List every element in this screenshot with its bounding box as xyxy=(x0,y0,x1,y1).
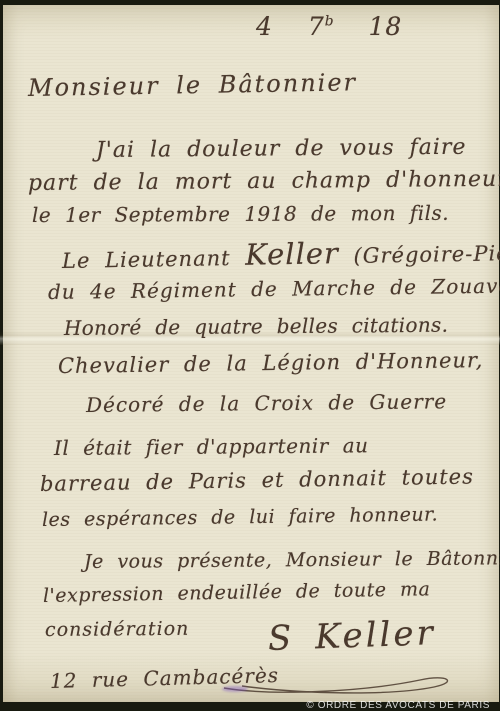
archive-watermark: © ORDRE DES AVOCATS DE PARIS xyxy=(306,700,490,711)
letter-line-p1-3: le 1er Septembre 1918 de mon fils. xyxy=(32,203,449,225)
date-month: 7b xyxy=(308,12,334,41)
letter-line-closing-3: considération xyxy=(45,620,190,640)
keller-line-suffix: (Grégoire-Pierre) xyxy=(353,240,500,268)
letter-line-p1-1: J'ai la douleur de vous faire xyxy=(96,137,467,162)
letter-line-p1-2: part de la mort au champ d'honneur xyxy=(28,169,500,195)
letter-line-closing-1: Je vous présente, Monsieur le Bâtonnier xyxy=(84,549,500,572)
letter-line-p2-2: Honoré de quatre belles citations. xyxy=(64,315,448,338)
date-month-superscript: b xyxy=(325,14,334,30)
purple-pencil-mark xyxy=(222,686,248,692)
keller-name: Keller xyxy=(245,236,339,272)
signature: S Keller xyxy=(267,616,436,656)
scanned-letter-document: 4 7b 18 Monsieur le Bâtonnier J'ai la do… xyxy=(0,0,500,711)
keller-line-prefix: Le Lieutenant xyxy=(62,246,231,273)
date-year: 18 xyxy=(369,12,403,41)
letter-line-p3-1: Il était fier d'appartenir au xyxy=(54,435,369,458)
date-day: 4 xyxy=(256,12,273,41)
letter-line-honor-2: Décoré de la Croix de Guerre xyxy=(86,391,447,415)
salutation: Monsieur le Bâtonnier xyxy=(28,70,357,100)
letter-line-p2-1: du 4e Régiment de Marche de Zouaves xyxy=(48,275,500,302)
letter-date: 4 7b 18 xyxy=(256,14,402,39)
